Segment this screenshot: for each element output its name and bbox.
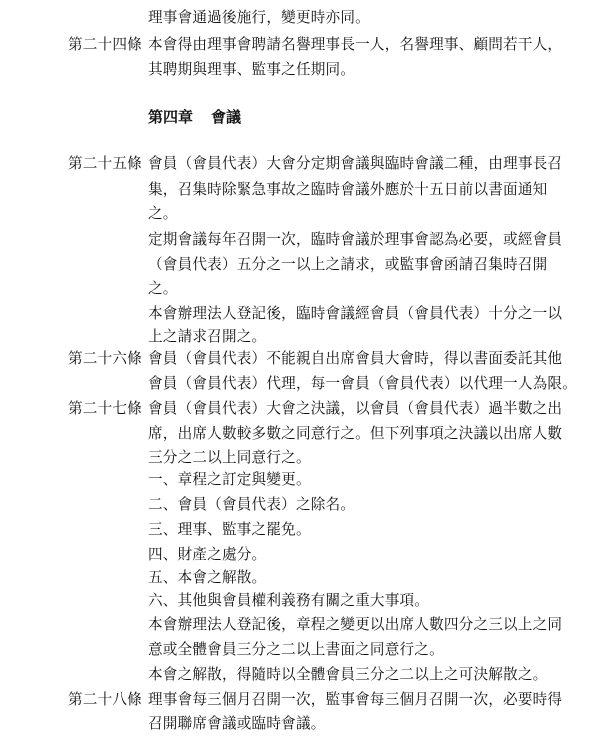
article-label: 第二十六條 [68, 350, 142, 368]
chapter-title: 會議 [211, 108, 241, 126]
paragraph-line: 本會辦理法人登記後，臨時會議經會員（會員代表）十分之一以 [148, 305, 528, 323]
paragraph-line: 之。 [148, 280, 178, 298]
paragraph-line: （會員代表）五分之一以上之請求，或監事會函請召集時召開 [148, 256, 528, 274]
list-item: 六、其他與會員權利義務有關之重大事項。 [148, 592, 429, 610]
paragraph-line: 上之請求召開之。 [148, 328, 266, 346]
paragraph-line: 會員（會員代表）不能親自出席會員大會時，得以書面委託其他 [148, 350, 528, 368]
paragraph-line: 意或全體會員三分之二以上書面之同意行之。 [148, 641, 444, 659]
paragraph-line: 召開聯席會議或臨時會議。 [148, 715, 326, 733]
chapter-number: 第四章 [148, 108, 193, 126]
article-label: 第二十七條 [68, 400, 142, 418]
list-item: 三、理事、監事之罷免。 [148, 521, 311, 539]
paragraph-line: 集，召集時除緊急事故之臨時會議外應於十五日前以書面通知 [148, 181, 528, 199]
paragraph-line: 定期會議每年召開一次，臨時會議於理事會認為必要，或經會員 [148, 231, 528, 249]
list-item: 一、章程之訂定與變更。 [148, 471, 311, 489]
list-item: 二、會員（會員代表）之除名。 [148, 496, 355, 514]
article-label: 第二十四條 [68, 36, 142, 54]
paragraph-line: 本會之解散，得隨時以全體會員三分之二以上之可決解散之。 [148, 666, 547, 684]
paragraph-line: 之。 [148, 205, 178, 223]
list-item: 四、財產之處分。 [148, 546, 266, 564]
list-item: 五、本會之解散。 [148, 569, 266, 587]
paragraph-line: 理事會每三個月召開一次，監事會每三個月召開一次，必要時得 [148, 691, 528, 709]
article-label: 第二十五條 [68, 155, 142, 173]
paragraph-line: 理事會通過後施行，變更時亦同。 [148, 9, 370, 27]
article-label: 第二十八條 [68, 691, 142, 709]
chapter-heading: 第四章會議 [148, 108, 241, 126]
paragraph-line: 席，出席人數較多數之同意行之。但下列事項之決議以出席人數 [148, 425, 528, 443]
paragraph-line: 本會得由理事會聘請名譽理事長一人，名譽理事、顧問若干人， [148, 36, 528, 54]
paragraph-line: 本會辦理法人登記後，章程之變更以出席人數四分之三以上之同 [148, 616, 528, 634]
paragraph-line: 會員（會員代表）代理，每一會員（會員代表）以代理一人為限。 [148, 375, 528, 393]
paragraph-line: 會員（會員代表）大會之決議，以會員（會員代表）過半數之出 [148, 400, 528, 418]
paragraph-line: 三分之二以上同意行之。 [148, 449, 311, 467]
paragraph-line: 其聘期與理事、監事之任期同。 [148, 61, 355, 79]
paragraph-line: 會員（會員代表）大會分定期會議與臨時會議二種，由理事長召 [148, 155, 528, 173]
